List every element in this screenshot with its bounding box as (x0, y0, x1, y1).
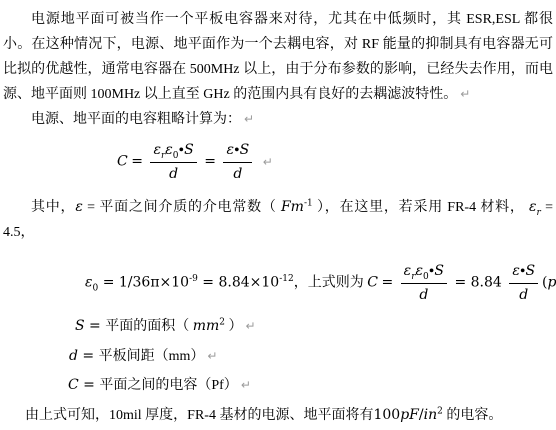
math-var-epsilon: ε (529, 199, 537, 215)
text-run: ，上式则为 (294, 276, 368, 291)
math-var-epsilon: ε (85, 275, 93, 291)
math-fraction-numerator: εrε0•S (401, 262, 447, 284)
text-run: 其中， (31, 200, 75, 215)
paragraph-formula-lead: 电源、地平面的电容粗略计算为：↵ (3, 107, 553, 132)
math-var-S: S (75, 318, 85, 334)
text-run: 由上式可知，10mil 厚度，FR-4 基材的电源、地平面将有 (25, 408, 373, 423)
math-superscript-neg9: -9 (189, 274, 198, 284)
text-run: 平面之间的电容（Pf） (99, 378, 237, 393)
text-run: 平面的面积（ (105, 319, 193, 334)
paragraph-intro-text: 电源地平面可被当作一个平板电容器来对待，尤其在中低频时，其 ESR,ESL 都很… (3, 12, 553, 102)
math-unit-Fm: Fm (281, 199, 304, 215)
math-fraction-numerator: εrε0•S (150, 141, 196, 163)
math-equals: = (78, 348, 99, 364)
math-expression: = 8.84×10 (198, 275, 279, 291)
math-var-epsilon: ε (512, 263, 520, 279)
math-number-100: 100 (373, 407, 400, 423)
formula-epsilon0: ε0 = 1/36π×10-9 = 8.84×10-12，上式则为 C = εr… (85, 262, 553, 305)
math-var-S: S (240, 142, 250, 158)
math-var-epsilon: ε (165, 142, 173, 158)
paragraph-mark-icon: ↵ (243, 319, 256, 333)
math-fraction: εrε0•Sd (150, 141, 196, 184)
math-var-epsilon: ε (226, 142, 234, 158)
paragraph-mark-icon: ↵ (457, 87, 470, 101)
paragraph-mark-icon: ↵ (238, 378, 251, 392)
text-run: = 平面之间介质的介电常数（ (83, 200, 281, 215)
paragraph-conclusion: 由上式可知，10mil 厚度，FR-4 基材的电源、地平面将有100pF/in2… (3, 403, 553, 428)
math-var-S: S (434, 263, 444, 279)
definition-area: S = 平面的面积（ mm2 ）↵ (75, 314, 553, 339)
text-run: 的电容。 (443, 408, 503, 423)
math-fraction-denominator: d (150, 163, 196, 184)
math-fraction-denominator: d (401, 284, 447, 305)
text-run: ），在这里，若采用 FR-4 材料， (313, 200, 529, 215)
math-fraction: εrε0•Sd (401, 262, 447, 305)
paragraph-epsilon-def: 其中，ε = 平面之间介质的介电常数（ Fm-1 ），在这里，若采用 FR-4 … (3, 195, 553, 245)
math-equals: = (381, 275, 393, 291)
definition-capacitance: C = 平面之间的电容（Pf）↵ (68, 373, 553, 398)
text-run: ） (225, 319, 243, 334)
math-equals: = (131, 154, 143, 170)
paragraph-mark-icon: ↵ (204, 349, 217, 363)
math-equals: = (204, 154, 216, 170)
math-var-S: S (184, 142, 194, 158)
math-unit-mm: mm (193, 318, 220, 334)
math-unit-pF: pF (548, 275, 556, 291)
math-unit-pF: pF (400, 407, 419, 423)
paragraph-intro: 电源地平面可被当作一个平板电容器来对待，尤其在中低频时，其 ESR,ESL 都很… (3, 7, 553, 107)
math-equals: = (79, 377, 100, 393)
paragraph-formula-lead-text: 电源、地平面的电容粗略计算为： (31, 112, 241, 127)
math-fraction: ε•Sd (223, 141, 252, 184)
document-page: 电源地平面可被当作一个平板电容器来对待，尤其在中低频时，其 ESR,ESL 都很… (0, 0, 556, 430)
definition-distance: d = 平板间距（mm）↵ (69, 344, 553, 369)
math-var-C: C (68, 377, 79, 393)
math-var-epsilon: ε (416, 263, 424, 279)
paragraph-mark-icon: ↵ (260, 155, 273, 169)
math-equals: = (85, 318, 106, 334)
math-unit-in: in (424, 407, 438, 423)
math-fraction-numerator: ε•S (509, 262, 538, 284)
formula-capacitance: C = εrε0•Sd = ε•Sd ↵ (117, 141, 553, 184)
math-var-C: C (367, 275, 378, 291)
math-var-S: S (525, 263, 535, 279)
math-expression: = 1/36π×10 (98, 275, 189, 291)
math-fraction: ε•Sd (509, 262, 538, 305)
math-fraction-denominator: d (223, 163, 252, 184)
math-superscript-neg1: -1 (304, 198, 313, 208)
math-superscript-neg12: -12 (279, 274, 294, 284)
math-fraction-numerator: ε•S (223, 141, 252, 163)
math-fraction-denominator: d (509, 284, 538, 305)
text-run: 平板间距（mm） (99, 349, 205, 364)
math-var-C: C (117, 154, 128, 170)
paragraph-mark-icon: ↵ (241, 112, 254, 126)
math-var-epsilon: ε (75, 199, 83, 215)
math-var-epsilon: ε (153, 142, 161, 158)
math-var-d: d (69, 348, 78, 364)
math-equals-value: = 8.84 (454, 275, 501, 291)
